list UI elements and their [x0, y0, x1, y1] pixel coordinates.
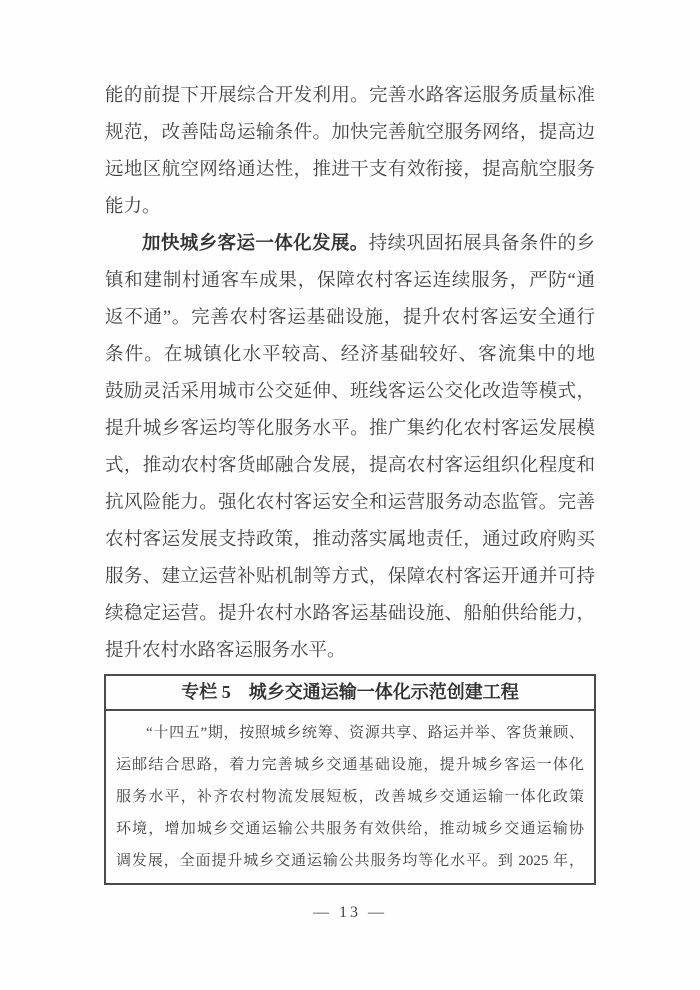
page-number: — 13 —	[0, 898, 700, 928]
document-page: 能的前提下开展综合开发利用。完善水路客运服务质量标准规范，改善陆岛运输条件。加快…	[0, 0, 700, 990]
text-line: “十四五”期，按照城乡统筹、资源共享、路运并举、客货兼顾、	[116, 717, 584, 749]
paragraph-bold-lead: 加快城乡客运一体化发展。	[142, 234, 369, 254]
text-line: 抗风险能力。强化农村客运安全和运营服务动态监管。完善	[105, 485, 595, 522]
paragraph-air-water-service: 能的前提下开展综合开发利用。完善水路客运服务质量标准规范，改善陆岛运输条件。加快…	[105, 78, 595, 226]
text-line: 加快城乡客运一体化发展。持续巩固拓展具备条件的乡	[105, 226, 595, 263]
text-line: 式，推动农村客货邮融合发展，提高农村客运组织化程度和	[105, 448, 595, 485]
text-line: 规范，改善陆岛运输条件。加快完善航空服务网络，提高边	[105, 115, 595, 152]
text-line: 续稳定运营。提升农村水路客运基础设施、船舶供给能力，	[105, 596, 595, 633]
text-line: 服务水平，补齐农村物流发展短板，改善城乡交通运输一体化政策	[116, 781, 584, 813]
text-line: 镇和建制村通客车成果，保障农村客运连续服务，严防“通	[105, 263, 595, 300]
special-column-5-body: “十四五”期，按照城乡统筹、资源共享、路运并举、客货兼顾、运邮结合思路，着力完善…	[106, 711, 594, 883]
body-text-column: 能的前提下开展综合开发利用。完善水路客运服务质量标准规范，改善陆岛运输条件。加快…	[105, 78, 595, 670]
text-line: 鼓励灵活采用城市公交延伸、班线客运公交化改造等模式，	[105, 374, 595, 411]
text-line: 调发展，全面提升城乡交通运输公共服务均等化水平。到 2025 年，	[116, 845, 584, 877]
special-column-5-title: 专栏 5 城乡交通运输一体化示范创建工程	[106, 676, 594, 711]
text-line: 返不通”。完善农村客运基础设施，提升农村客运安全通行	[105, 300, 595, 337]
text-line: 能的前提下开展综合开发利用。完善水路客运服务质量标准	[105, 78, 595, 115]
text-line: 能力。	[105, 189, 595, 226]
text-line: 远地区航空网络通达性，推进干支有效衔接，提高航空服务	[105, 152, 595, 189]
text-line: 农村客运发展支持政策，推动落实属地责任，通过政府购买	[105, 522, 595, 559]
text-line: 服务、建立运营补贴机制等方式，保障农村客运开通并可持	[105, 559, 595, 596]
text-line: 环境，增加城乡交通运输公共服务有效供给，推动城乡交通运输协	[116, 813, 584, 845]
text-line: 提升城乡客运均等化服务水平。推广集约化农村客运发展模	[105, 411, 595, 448]
special-column-5-box: 专栏 5 城乡交通运输一体化示范创建工程 “十四五”期，按照城乡统筹、资源共享、…	[104, 674, 596, 885]
paragraph-urban-rural-integration: 加快城乡客运一体化发展。持续巩固拓展具备条件的乡镇和建制村通客车成果，保障农村客…	[105, 226, 595, 670]
text-line: 条件。在城镇化水平较高、经济基础较好、客流集中的地区，	[105, 337, 595, 374]
text-line: 提升农村水路客运服务水平。	[105, 633, 595, 670]
text-line: 运邮结合思路，着力完善城乡交通基础设施，提升城乡客运一体化	[116, 749, 584, 781]
